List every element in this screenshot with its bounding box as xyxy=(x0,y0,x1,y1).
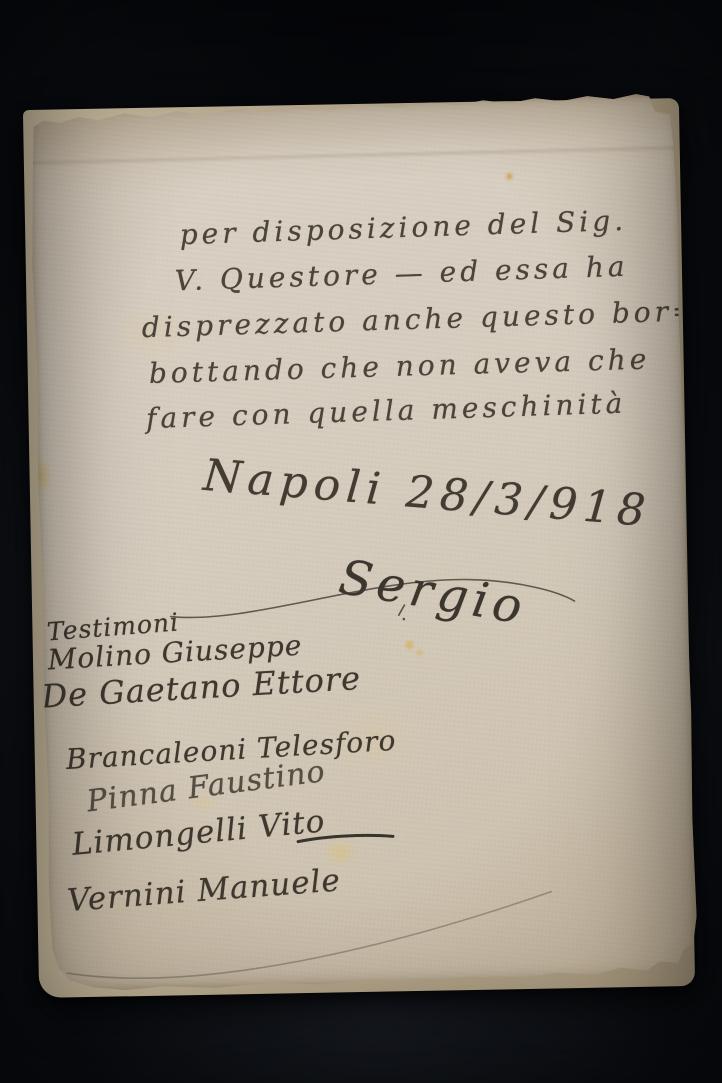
manuscript-page: per disposizione del Sig. V. Questore — … xyxy=(27,90,700,993)
handwriting-line-5: fare con quella meschinità xyxy=(145,387,626,435)
photograph-background: per disposizione del Sig. V. Questore — … xyxy=(0,0,722,1083)
handwriting-line-3: disprezzato anche questo bor= xyxy=(141,294,700,344)
handwriting-line-2: V. Questore — ed essa ha xyxy=(174,250,629,298)
witness-name-6: Vernini Manuele xyxy=(66,862,342,919)
handwriting-line-1: per disposizione del Sig. xyxy=(179,204,627,251)
signature: Sergio xyxy=(335,549,531,636)
dateline: Napoli 28/3/918 xyxy=(201,450,653,537)
handwriting-line-4: bottando che non aveva che xyxy=(148,343,650,390)
